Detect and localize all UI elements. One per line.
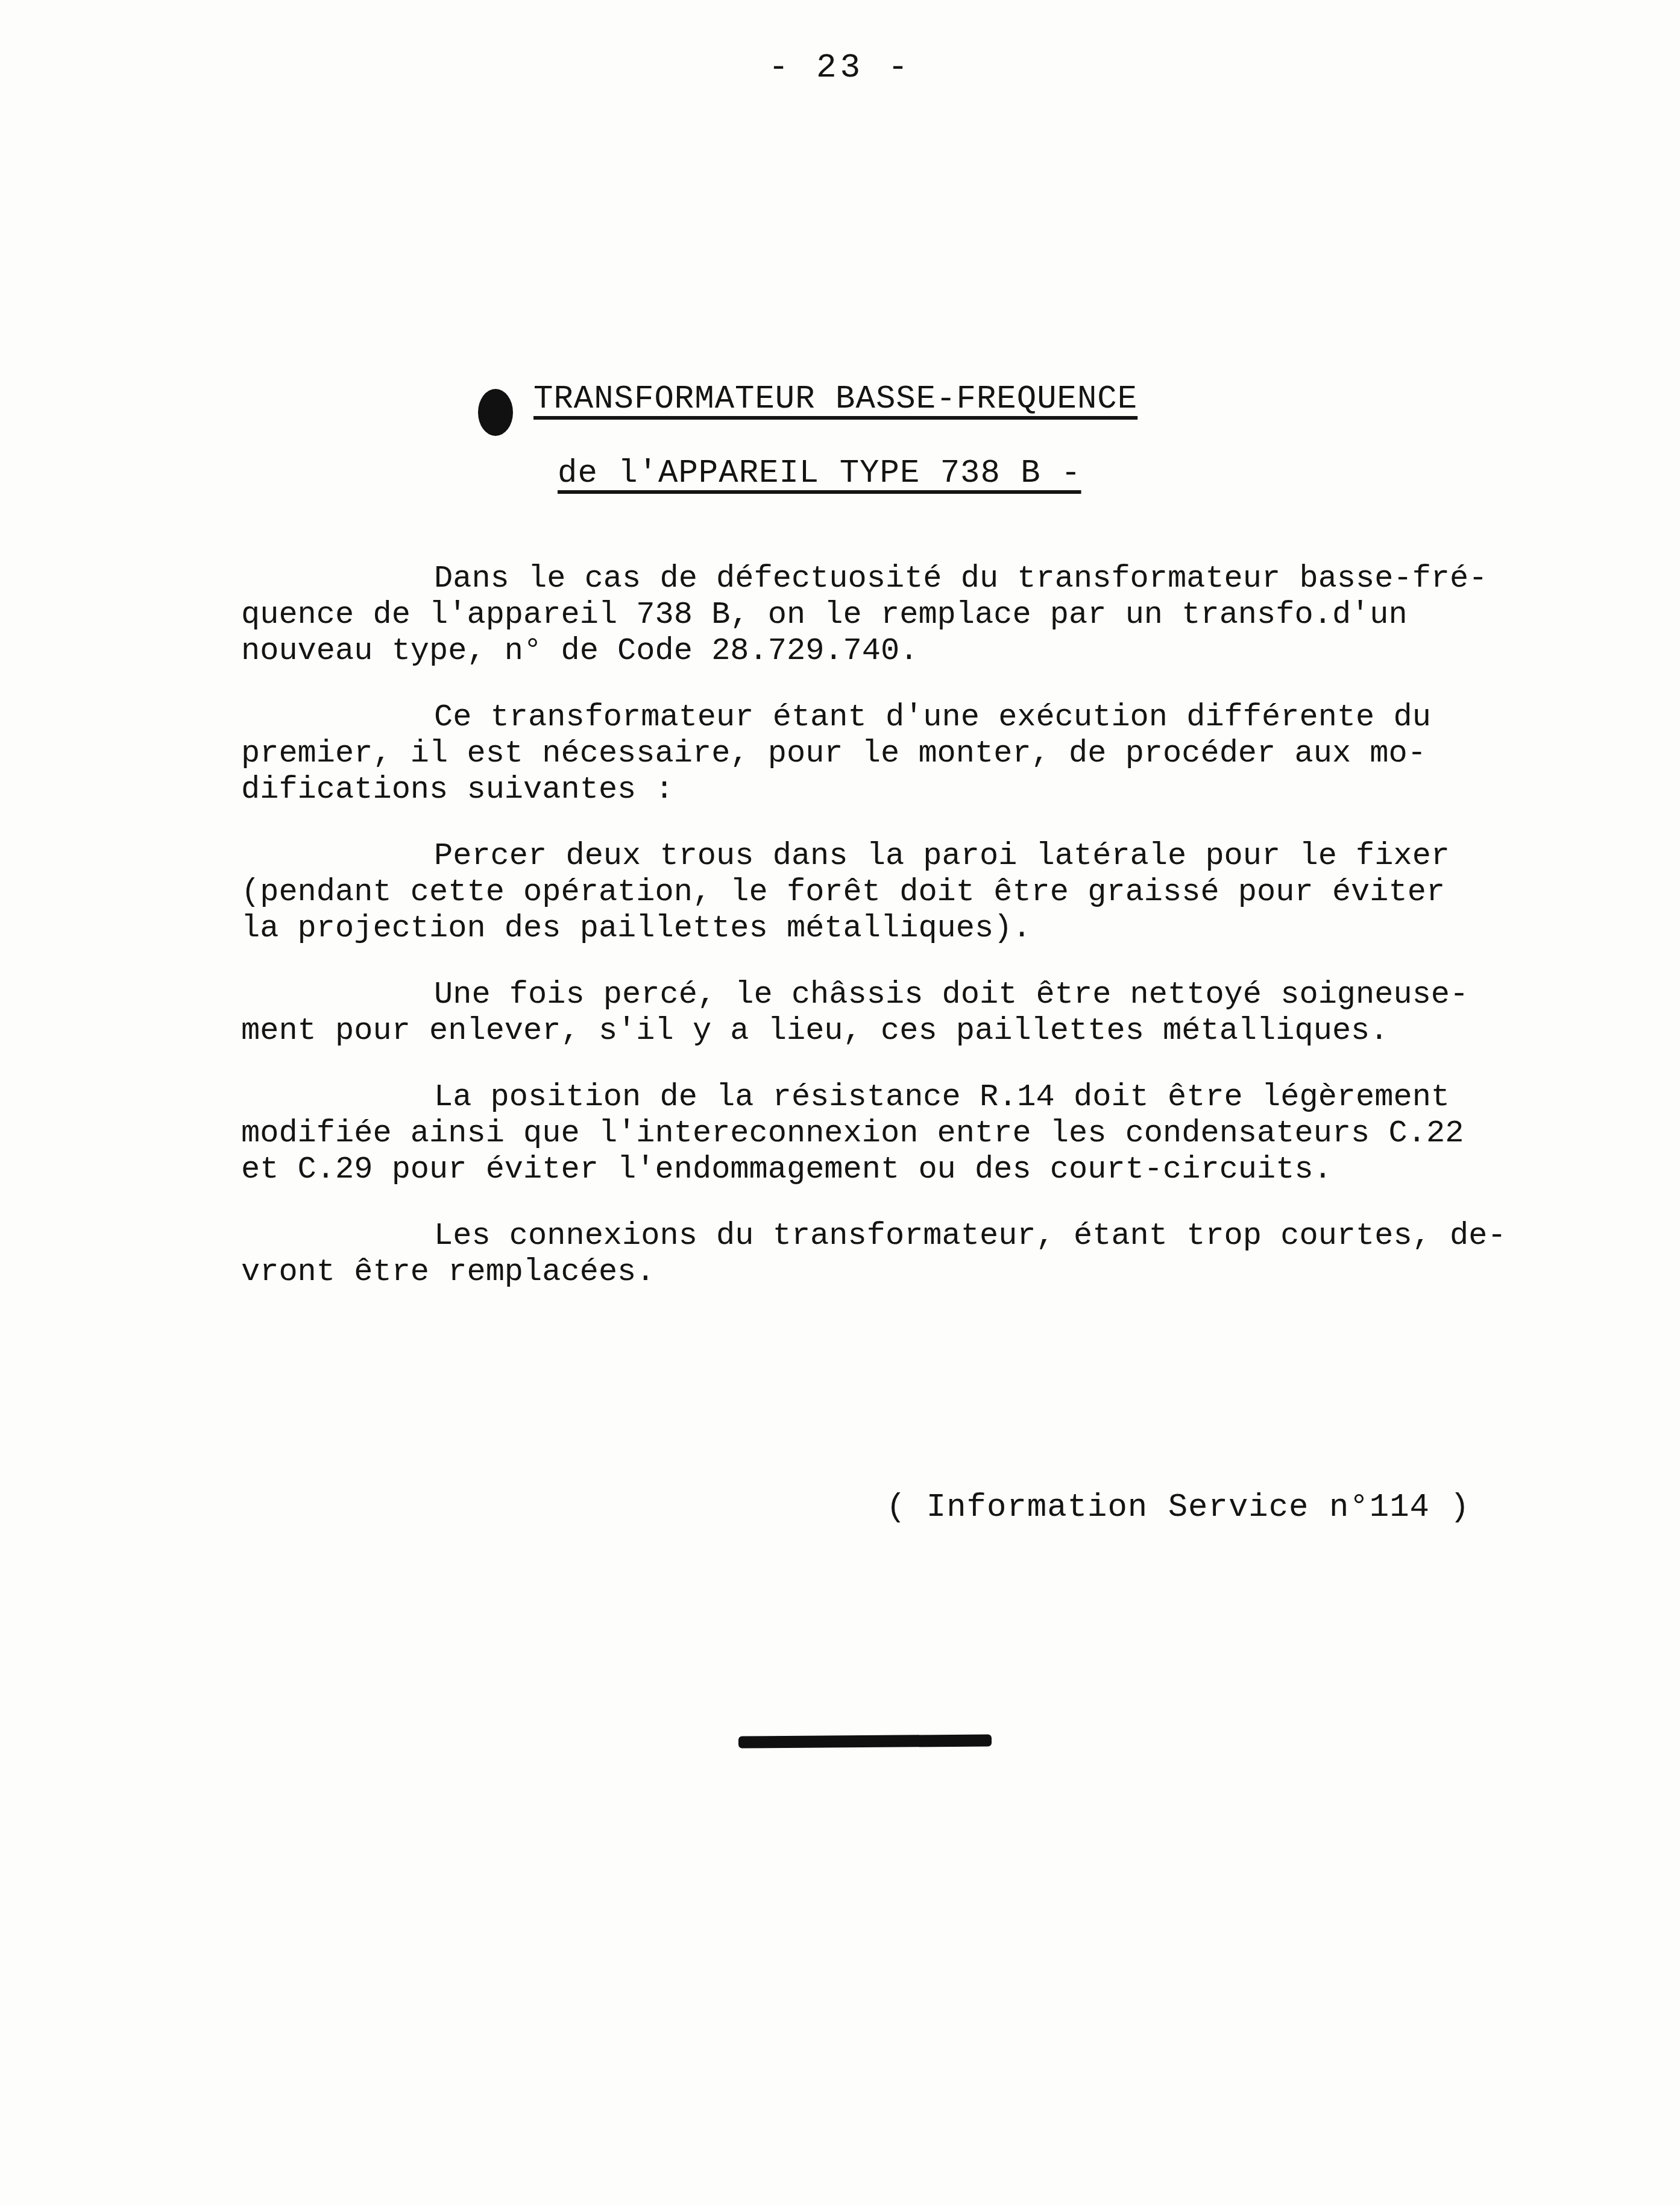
text-line: vront être remplacées. [241, 1254, 1628, 1290]
paragraph-2: Ce transformateur étant d'une exécution … [241, 699, 1628, 808]
paragraph-6: Les connexions du transformateur, étant … [241, 1218, 1628, 1290]
paragraph-4: Une fois percé, le châssis doit être net… [241, 977, 1628, 1049]
text-line: modifiée ainsi que l'intereconnexion ent… [241, 1115, 1628, 1152]
page-number: - 23 - [0, 48, 1680, 87]
text-line: Les connexions du transformateur, étant … [241, 1218, 1628, 1254]
text-line: La position de la résistance R.14 doit ê… [241, 1079, 1628, 1115]
paragraph-1: Dans le cas de défectuosité du transform… [241, 561, 1628, 669]
paragraph-3: Percer deux trous dans la paroi latérale… [241, 838, 1628, 947]
paragraph-5: La position de la résistance R.14 doit ê… [241, 1079, 1628, 1188]
text-line: difications suivantes : [241, 772, 1628, 808]
text-line: ment pour enlever, s'il y a lieu, ces pa… [241, 1013, 1628, 1049]
bullet-icon [478, 389, 513, 436]
title-line-2: de l'APPAREIL TYPE 738 B - [558, 455, 1081, 492]
text-line: (pendant cette opération, le forêt doit … [241, 874, 1628, 910]
text-line: nouveau type, n° de Code 28.729.740. [241, 633, 1628, 669]
text-line: quence de l'appareil 738 B, on le rempla… [241, 597, 1628, 633]
text-line: Ce transformateur étant d'une exécution … [241, 699, 1628, 736]
text-line: Une fois percé, le châssis doit être net… [241, 977, 1628, 1013]
text-line: premier, il est nécessaire, pour le mont… [241, 736, 1628, 772]
text-line: Dans le cas de défectuosité du transform… [241, 561, 1628, 597]
title-line-1: TRANSFORMATEUR BASSE-FREQUENCE [533, 381, 1137, 418]
information-service-reference: ( Information Service n°114 ) [886, 1489, 1470, 1526]
text-line: la projection des paillettes métalliques… [241, 910, 1628, 947]
text-line: Percer deux trous dans la paroi latérale… [241, 838, 1628, 874]
end-rule-divider [738, 1735, 992, 1749]
text-line: et C.29 pour éviter l'endommagement ou d… [241, 1152, 1628, 1188]
